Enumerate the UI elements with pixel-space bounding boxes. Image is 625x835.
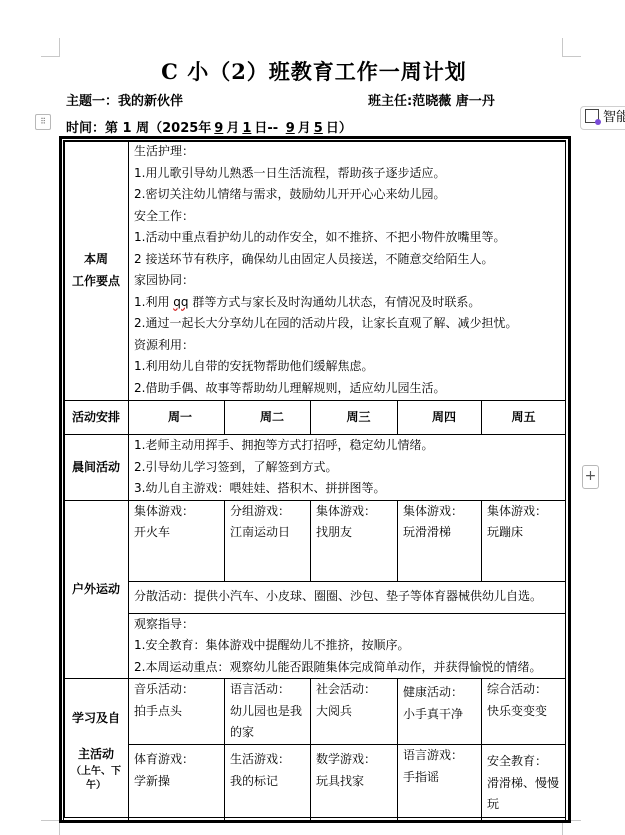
learning-cell-tue-2[interactable]: 生活游戏：我的标记 — [225, 745, 311, 823]
time-range: 时间：第 1 周（2025年9月1日-- 9月5日） — [66, 117, 352, 136]
activity-name: 滑滑梯、慢慢玩 — [487, 776, 559, 812]
start-day: 1 — [239, 121, 254, 136]
day-header-wed: 周三 — [311, 401, 398, 435]
morning-item: 3.幼儿自主游戏：喂娃娃、搭积木、拼拼图等。 — [134, 478, 560, 500]
activity-name: 手指谣 — [403, 770, 439, 784]
learning-label: 学习及自 主活动 （上午、下午） — [64, 679, 129, 823]
label-line: 工作要点 — [66, 271, 126, 293]
point-item: 1.利用 qq 群等方式与家长及时沟通幼儿状态，有情况及时联系。 — [134, 292, 560, 314]
point-item: 1.活动中重点看护幼儿的动作安全，如不推挤、不把小物件放嘴里等。 — [134, 227, 560, 249]
day-header-fri: 周五 — [482, 401, 566, 435]
activity-name: 玩具找家 — [316, 774, 364, 788]
activity-type: 社会活动： — [316, 679, 392, 701]
morning-label: 晨间活动 — [64, 435, 129, 501]
activity-type: 语言活动： — [230, 679, 305, 701]
activity-type: 体育游戏： — [134, 749, 219, 771]
label-line: 本周 — [66, 249, 126, 271]
point-prefix: 1.利用 — [134, 295, 173, 309]
schedule-label: 活动安排 — [64, 401, 129, 435]
game-type: 集体游戏： — [487, 501, 560, 523]
theme-label: 主题一：我的新伙伴 — [66, 90, 183, 109]
outdoor-cell-thu[interactable]: 集体游戏：玩滑滑梯 — [398, 500, 482, 581]
learning-cell-thu-2[interactable]: 语言游戏：手指谣 — [398, 745, 482, 823]
activity-name: 拍手点头 — [134, 704, 182, 718]
page-corner-mark — [562, 38, 581, 57]
day-header-tue: 周二 — [225, 401, 311, 435]
month-char: 月 — [298, 121, 311, 136]
learning-cell-thu-1[interactable]: 健康活动：小手真干净 — [398, 679, 482, 745]
activity-name: 小手真干净 — [403, 707, 463, 721]
activity-name: 大阅兵 — [316, 704, 352, 718]
weekly-plan-table: 本周 工作要点 生活护理： 1.用儿歌引导幼儿熟悉一日生活流程，帮助孩子逐步适应… — [63, 140, 566, 823]
learning-cell-wed-2[interactable]: 数学游戏：玩具找家 — [311, 745, 398, 823]
morning-item: 2.引导幼儿学习签到，了解签到方式。 — [134, 457, 560, 479]
scattered-activity[interactable]: 分散活动：提供小汽车、小皮球、圈圈、沙包、垫子等体育器械供幼儿自选。 — [129, 581, 566, 613]
day-char: 日 — [254, 121, 267, 136]
learning-cell-fri-1[interactable]: 综合活动：快乐变变变 — [482, 679, 566, 745]
time-suffix: 日） — [326, 121, 352, 136]
observation-content[interactable]: 观察指导： 1.安全教育：集体游戏中提醒幼儿不推挤，按顺序。 2.本周运动重点：… — [129, 613, 566, 679]
activity-type: 数学游戏： — [316, 749, 392, 771]
section-heading: 安全工作： — [134, 206, 560, 228]
learning-row-1: 学习及自 主活动 （上午、下午） 音乐活动：拍手点头 语言活动：幼儿园也是我的家… — [64, 679, 566, 745]
smart-table-icon — [585, 109, 599, 123]
outdoor-scattered-row: 分散活动：提供小汽车、小皮球、圈圈、沙包、垫子等体育器械供幼儿自选。 — [64, 581, 566, 613]
outdoor-games-row: 户外运动 集体游戏：开火车 分组游戏：江南运动日 集体游戏：找朋友 集体游戏：玩… — [64, 500, 566, 581]
point-item: 2 接送环节有秩序，确保幼儿由固定人员接送，不随意交给陌生人。 — [134, 249, 560, 271]
learning-cell-wed-1[interactable]: 社会活动：大阅兵 — [311, 679, 398, 745]
morning-row: 晨间活动 1.老师主动用挥手、拥抱等方式打招呼，稳定幼儿情绪。 2.引导幼儿学习… — [64, 435, 566, 501]
outdoor-cell-mon[interactable]: 集体游戏：开火车 — [129, 500, 225, 581]
add-column-button[interactable]: + — [582, 465, 599, 489]
activity-name: 幼儿园也是我的家 — [230, 704, 302, 740]
document-title: C 小（2）班教育工作一周计划 — [0, 56, 625, 86]
section-heading: 观察指导： — [134, 614, 560, 636]
outdoor-cell-tue[interactable]: 分组游戏：江南运动日 — [225, 500, 311, 581]
game-type: 集体游戏： — [316, 501, 392, 523]
label-line: 学习及自 — [66, 708, 126, 730]
start-month: 9 — [211, 121, 226, 136]
point-item: 2.密切关注幼儿情绪与需求，鼓励幼儿开开心心来幼儿园。 — [134, 184, 560, 206]
section-heading: 家园协同： — [134, 270, 560, 292]
activity-type: 健康活动： — [403, 682, 476, 704]
smart-tool-label: 智能 — [603, 110, 625, 125]
outdoor-cell-fri[interactable]: 集体游戏：玩蹦床 — [482, 500, 566, 581]
learning-cell-mon-2[interactable]: 体育游戏：学新操 — [129, 745, 225, 823]
time-prefix: 时间：第 1 周（2025年 — [66, 121, 211, 136]
smart-tool-button[interactable]: 智能 — [580, 106, 625, 130]
morning-content[interactable]: 1.老师主动用挥手、拥抱等方式打招呼，稳定幼儿情绪。 2.引导幼儿学习签到，了解… — [129, 435, 566, 501]
end-month: 9 — [283, 121, 298, 136]
game-name: 找朋友 — [316, 522, 392, 544]
point-item: 2.通过一起长大分享幼儿在园的活动片段，让家长直观了解、减少担忧。 — [134, 313, 560, 335]
day-header-mon: 周一 — [129, 401, 225, 435]
game-name: 玩滑滑梯 — [403, 522, 476, 544]
outdoor-cell-wed[interactable]: 集体游戏：找朋友 — [311, 500, 398, 581]
page-corner-mark — [41, 820, 60, 835]
weekly-points-content[interactable]: 生活护理： 1.用儿歌引导幼儿熟悉一日生活流程，帮助孩子逐步适应。 2.密切关注… — [129, 141, 566, 401]
table-move-handle-icon[interactable]: ⠿ — [35, 114, 51, 130]
end-day: 5 — [311, 121, 326, 136]
weekly-points-label: 本周 工作要点 — [64, 141, 129, 401]
game-name: 开火车 — [134, 522, 219, 544]
learning-cell-mon-1[interactable]: 音乐活动：拍手点头 — [129, 679, 225, 745]
outdoor-label: 户外运动 — [64, 500, 129, 679]
weekly-points-row: 本周 工作要点 生活护理： 1.用儿歌引导幼儿熟悉一日生活流程，帮助孩子逐步适应… — [64, 141, 566, 401]
game-type: 集体游戏： — [134, 501, 219, 523]
outdoor-observation-row: 观察指导： 1.安全教育：集体游戏中提醒幼儿不推挤，按顺序。 2.本周运动重点：… — [64, 613, 566, 679]
activity-type: 综合活动： — [487, 679, 560, 701]
activity-type: 安全教育： — [487, 751, 560, 773]
game-name: 玩蹦床 — [487, 522, 560, 544]
morning-item: 1.老师主动用挥手、拥抱等方式打招呼，稳定幼儿情绪。 — [134, 435, 560, 457]
section-heading: 资源利用： — [134, 335, 560, 357]
point-item: 1.利用幼儿自带的安抚物帮助他们缓解焦虑。 — [134, 356, 560, 378]
page-corner-mark — [41, 38, 60, 57]
observation-item: 1.安全教育：集体游戏中提醒幼儿不推挤，按顺序。 — [134, 635, 560, 657]
activity-name: 学新操 — [134, 774, 170, 788]
activity-type: 语言游戏： — [403, 745, 476, 767]
learning-cell-fri-2[interactable]: 安全教育：滑滑梯、慢慢玩 — [482, 745, 566, 823]
game-name: 江南运动日 — [230, 522, 305, 544]
activity-type: 生活游戏： — [230, 749, 305, 771]
point-item: 1.用儿歌引导幼儿熟悉一日生活流程，帮助孩子逐步适应。 — [134, 163, 560, 185]
teacher-label: 班主任:范晓薇 唐一丹 — [368, 90, 495, 109]
section-heading: 生活护理： — [134, 141, 560, 163]
spellcheck-word[interactable]: qq — [173, 295, 188, 309]
activity-name: 快乐变变变 — [487, 704, 547, 718]
game-type: 分组游戏： — [230, 501, 305, 523]
game-type: 集体游戏： — [403, 501, 476, 523]
month-char: 月 — [226, 121, 239, 136]
label-sub: （上午、下午） — [66, 765, 126, 793]
schedule-header-row: 活动安排 周一 周二 周三 周四 周五 — [64, 401, 566, 435]
learning-row-2: 体育游戏：学新操 生活游戏：我的标记 数学游戏：玩具找家 语言游戏：手指谣 安全… — [64, 745, 566, 823]
date-dash: -- — [267, 121, 282, 136]
learning-cell-tue-1[interactable]: 语言活动：幼儿园也是我的家 — [225, 679, 311, 745]
point-item: 2.借助手偶、故事等帮助幼儿理解规则，适应幼儿园生活。 — [134, 378, 560, 400]
day-header-thu: 周四 — [398, 401, 482, 435]
point-rest: 群等方式与家长及时沟通幼儿状态，有情况及时联系。 — [189, 295, 481, 309]
activity-name: 我的标记 — [230, 774, 278, 788]
activity-type: 音乐活动： — [134, 679, 219, 701]
label-line: 主活动 — [66, 744, 126, 766]
observation-item: 2.本周运动重点：观察幼儿能否跟随集体完成简单动作，并获得愉悦的情绪。 — [134, 657, 560, 679]
